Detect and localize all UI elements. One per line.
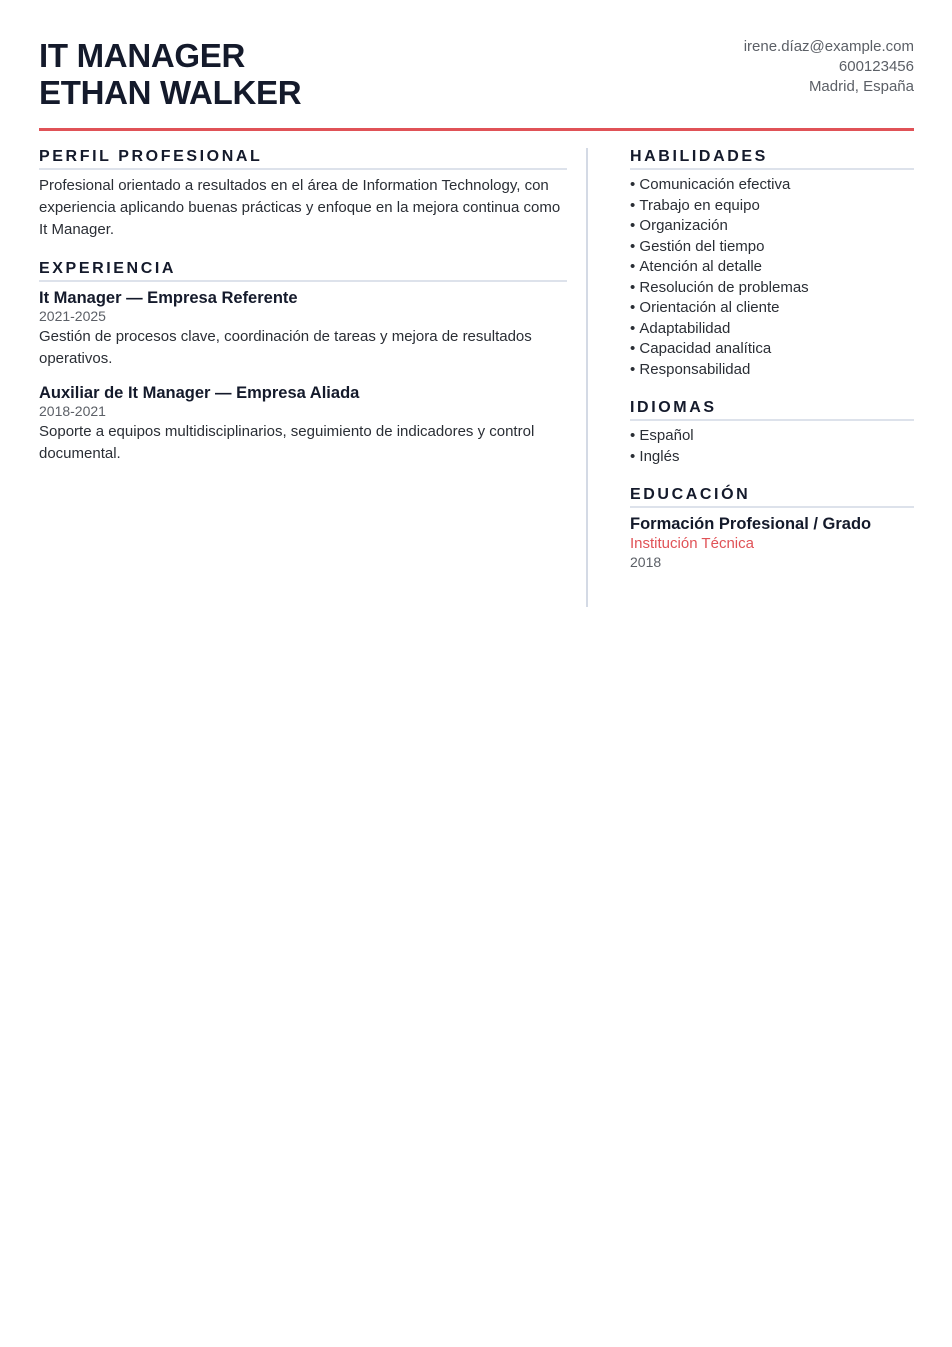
job-entry: It Manager — Empresa Referente 2021-2025… — [39, 289, 567, 370]
languages-heading: IDIOMAS — [630, 399, 914, 421]
education-institution: Institución Técnica — [630, 534, 914, 553]
skill-item: Trabajo en equipo — [630, 196, 914, 217]
resume-header: IT MANAGER ETHAN WALKER irene.díaz@examp… — [39, 0, 914, 131]
right-column: HABILIDADES Comunicación efectiva Trabaj… — [630, 148, 914, 591]
resume-title: IT MANAGER ETHAN WALKER — [39, 37, 301, 111]
job-dates: 2021-2025 — [39, 308, 567, 324]
language-item: Inglés — [630, 447, 914, 468]
education-heading: EDUCACIÓN — [630, 486, 914, 508]
skill-item: Orientación al cliente — [630, 298, 914, 319]
column-divider — [586, 148, 588, 607]
job-dates: 2018-2021 — [39, 403, 567, 419]
education-degree: Formación Profesional / Grado — [630, 515, 914, 534]
skills-heading: HABILIDADES — [630, 148, 914, 170]
skill-item: Resolución de problemas — [630, 278, 914, 299]
job-title: Auxiliar de It Manager — Empresa Aliada — [39, 384, 567, 403]
job-title-heading: IT MANAGER — [39, 37, 301, 74]
skill-item: Capacidad analítica — [630, 339, 914, 360]
skill-item: Adaptabilidad — [630, 319, 914, 340]
experience-heading: EXPERIENCIA — [39, 260, 567, 282]
profile-heading: PERFIL PROFESIONAL — [39, 148, 567, 170]
header-accent-rule — [39, 128, 914, 131]
contact-phone[interactable]: 600123456 — [744, 57, 914, 77]
job-description: Gestión de procesos clave, coordinación … — [39, 326, 567, 370]
skills-section: HABILIDADES Comunicación efectiva Trabaj… — [630, 148, 914, 380]
skill-item: Comunicación efectiva — [630, 175, 914, 196]
contact-info: irene.díaz@example.com 600123456 Madrid,… — [744, 37, 914, 97]
left-column: PERFIL PROFESIONAL Profesional orientado… — [39, 148, 567, 484]
contact-location: Madrid, España — [744, 77, 914, 97]
resume-page: IT MANAGER ETHAN WALKER irene.díaz@examp… — [39, 0, 914, 131]
skill-item: Atención al detalle — [630, 257, 914, 278]
contact-email[interactable]: irene.díaz@example.com — [744, 37, 914, 57]
education-year: 2018 — [630, 553, 914, 572]
language-item: Español — [630, 426, 914, 447]
experience-section: EXPERIENCIA It Manager — Empresa Referen… — [39, 260, 567, 465]
candidate-name: ETHAN WALKER — [39, 74, 301, 111]
skill-item: Gestión del tiempo — [630, 237, 914, 258]
job-title: It Manager — Empresa Referente — [39, 289, 567, 308]
skill-item: Organización — [630, 216, 914, 237]
skills-list: Comunicación efectiva Trabajo en equipo … — [630, 175, 914, 380]
languages-section: IDIOMAS Español Inglés — [630, 399, 914, 467]
skill-item: Responsabilidad — [630, 360, 914, 381]
job-entry: Auxiliar de It Manager — Empresa Aliada … — [39, 384, 567, 465]
job-description: Soporte a equipos multidisciplinarios, s… — [39, 421, 567, 465]
profile-section: PERFIL PROFESIONAL Profesional orientado… — [39, 148, 567, 241]
profile-text: Profesional orientado a resultados en el… — [39, 175, 567, 241]
languages-list: Español Inglés — [630, 426, 914, 467]
education-section: EDUCACIÓN Formación Profesional / Grado … — [630, 486, 914, 572]
